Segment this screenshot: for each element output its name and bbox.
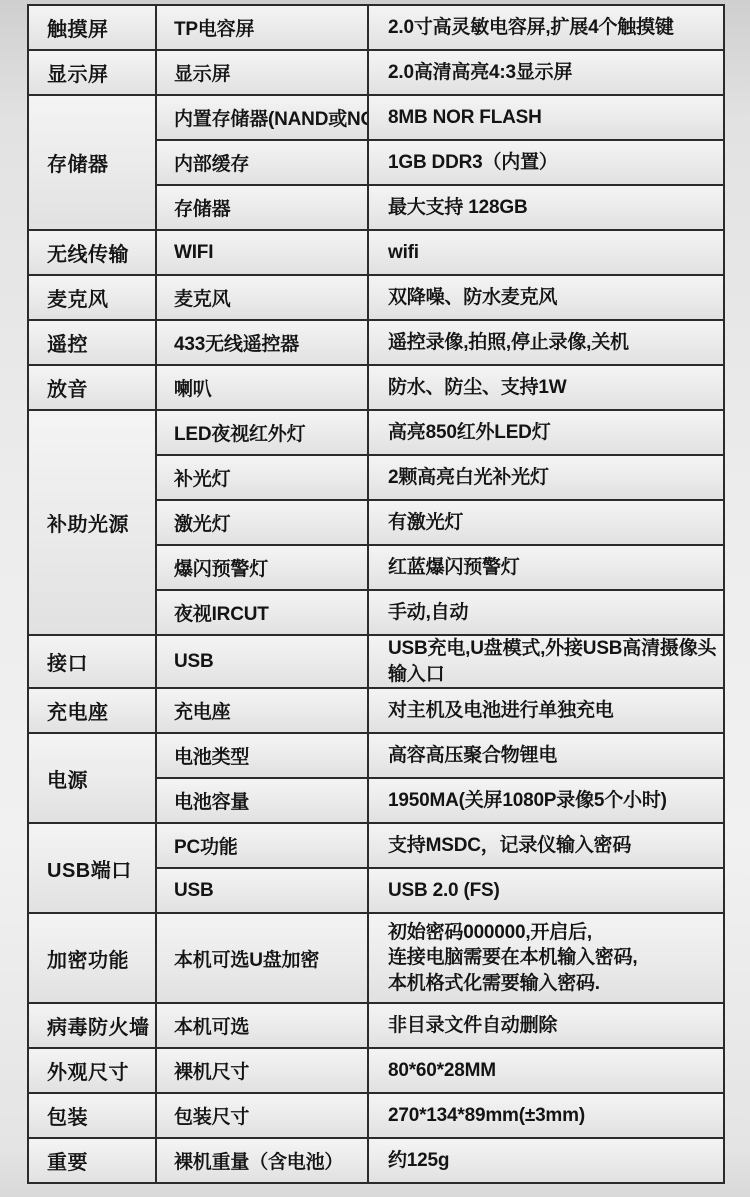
spec-item-cell: 补光灯 xyxy=(156,455,368,500)
spec-value-cell: 手动,自动 xyxy=(368,590,724,635)
table-row: USB端口 PC功能 支持MSDC，记录仪输入密码 xyxy=(28,823,724,868)
category-cell: 显示屏 xyxy=(28,50,156,95)
table-row: 放音 喇叭 防水、防尘、支持1W xyxy=(28,365,724,410)
spec-value-cell: 高亮850红外LED灯 xyxy=(368,410,724,455)
table-row: 无线传输 WIFI wifi xyxy=(28,230,724,275)
spec-value-cell: 高容高压聚合物锂电 xyxy=(368,733,724,778)
spec-value-cell: 初始密码000000,开启后, 连接电脑需要在本机输入密码, 本机格式化需要输入… xyxy=(368,913,724,1003)
spec-value-cell: 2.0高清高亮4:3显示屏 xyxy=(368,50,724,95)
spec-item-cell: 包装尺寸 xyxy=(156,1093,368,1138)
product-spec-table: 触摸屏 TP电容屏 2.0寸高灵敏电容屏,扩展4个触摸键 显示屏 显示屏 2.0… xyxy=(27,4,725,1184)
table-row: 外观尺寸 裸机尺寸 80*60*28MM xyxy=(28,1048,724,1093)
table-row: 显示屏 显示屏 2.0高清高亮4:3显示屏 xyxy=(28,50,724,95)
spec-value-cell: 80*60*28MM xyxy=(368,1048,724,1093)
spec-value-cell: wifi xyxy=(368,230,724,275)
spec-item-cell: TP电容屏 xyxy=(156,5,368,50)
spec-item-cell: 喇叭 xyxy=(156,365,368,410)
spec-item-cell: 夜视IRCUT xyxy=(156,590,368,635)
table-row: 加密功能 本机可选U盘加密 初始密码000000,开启后, 连接电脑需要在本机输… xyxy=(28,913,724,1003)
category-cell: 病毒防火墙 xyxy=(28,1003,156,1048)
spec-value-cell: USB充电,U盘模式,外接USB高清摄像头输入口 xyxy=(368,635,724,688)
category-cell: USB端口 xyxy=(28,823,156,913)
spec-item-cell: 麦克风 xyxy=(156,275,368,320)
spec-value-cell: 1950MA(关屏1080P录像5个小时) xyxy=(368,778,724,823)
table-row: 包装 包装尺寸 270*134*89mm(±3mm) xyxy=(28,1093,724,1138)
spec-item-cell: 433无线遥控器 xyxy=(156,320,368,365)
spec-item-cell: 显示屏 xyxy=(156,50,368,95)
spec-value-cell: 约125g xyxy=(368,1138,724,1183)
spec-value-cell: 1GB DDR3（内置） xyxy=(368,140,724,185)
category-cell: 充电座 xyxy=(28,688,156,733)
spec-item-cell: WIFI xyxy=(156,230,368,275)
spec-item-cell: USB xyxy=(156,868,368,913)
category-cell: 外观尺寸 xyxy=(28,1048,156,1093)
table-row: 遥控 433无线遥控器 遥控录像,拍照,停止录像,关机 xyxy=(28,320,724,365)
spec-value-cell: 红蓝爆闪预警灯 xyxy=(368,545,724,590)
table-row: 接口 USB USB充电,U盘模式,外接USB高清摄像头输入口 xyxy=(28,635,724,688)
spec-value-cell: 2.0寸高灵敏电容屏,扩展4个触摸键 xyxy=(368,5,724,50)
spec-value-cell: USB 2.0 (FS) xyxy=(368,868,724,913)
spec-item-cell: 电池容量 xyxy=(156,778,368,823)
spec-item-cell: 存储器 xyxy=(156,185,368,230)
category-cell: 遥控 xyxy=(28,320,156,365)
category-cell: 包装 xyxy=(28,1093,156,1138)
category-cell: 补助光源 xyxy=(28,410,156,635)
spec-item-cell: 本机可选U盘加密 xyxy=(156,913,368,1003)
table-row: 电源 电池类型 高容高压聚合物锂电 xyxy=(28,733,724,778)
spec-item-cell: 裸机重量（含电池） xyxy=(156,1138,368,1183)
category-cell: 存储器 xyxy=(28,95,156,230)
spec-item-cell: 本机可选 xyxy=(156,1003,368,1048)
spec-value-cell: 有激光灯 xyxy=(368,500,724,545)
spec-item-cell: LED夜视红外灯 xyxy=(156,410,368,455)
spec-value-cell: 遥控录像,拍照,停止录像,关机 xyxy=(368,320,724,365)
spec-value-cell: 双降噪、防水麦克风 xyxy=(368,275,724,320)
spec-value-cell: 支持MSDC，记录仪输入密码 xyxy=(368,823,724,868)
spec-item-cell: 激光灯 xyxy=(156,500,368,545)
category-cell: 电源 xyxy=(28,733,156,823)
table-row: 充电座 充电座 对主机及电池进行单独充电 xyxy=(28,688,724,733)
spec-value-cell: 270*134*89mm(±3mm) xyxy=(368,1093,724,1138)
category-cell: 放音 xyxy=(28,365,156,410)
table-row: 触摸屏 TP电容屏 2.0寸高灵敏电容屏,扩展4个触摸键 xyxy=(28,5,724,50)
table-row: 麦克风 麦克风 双降噪、防水麦克风 xyxy=(28,275,724,320)
spec-item-cell: 电池类型 xyxy=(156,733,368,778)
table-row: 病毒防火墙 本机可选 非目录文件自动删除 xyxy=(28,1003,724,1048)
spec-value-cell: 最大支持 128GB xyxy=(368,185,724,230)
spec-value-cell: 8MB NOR FLASH xyxy=(368,95,724,140)
category-cell: 接口 xyxy=(28,635,156,688)
category-cell: 触摸屏 xyxy=(28,5,156,50)
table-row: 重要 裸机重量（含电池） 约125g xyxy=(28,1138,724,1183)
spec-value-cell: 防水、防尘、支持1W xyxy=(368,365,724,410)
spec-item-cell: 充电座 xyxy=(156,688,368,733)
category-cell: 无线传输 xyxy=(28,230,156,275)
spec-item-cell: 内置存储器(NAND或NOR) xyxy=(156,95,368,140)
category-cell: 麦克风 xyxy=(28,275,156,320)
spec-item-cell: 内部缓存 xyxy=(156,140,368,185)
spec-value-cell: 非目录文件自动删除 xyxy=(368,1003,724,1048)
table-row: 存储器 内置存储器(NAND或NOR) 8MB NOR FLASH xyxy=(28,95,724,140)
spec-item-cell: 爆闪预警灯 xyxy=(156,545,368,590)
category-cell: 重要 xyxy=(28,1138,156,1183)
spec-item-cell: USB xyxy=(156,635,368,688)
table-row: 补助光源 LED夜视红外灯 高亮850红外LED灯 xyxy=(28,410,724,455)
category-cell: 加密功能 xyxy=(28,913,156,1003)
spec-value-cell: 对主机及电池进行单独充电 xyxy=(368,688,724,733)
spec-value-cell: 2颗高亮白光补光灯 xyxy=(368,455,724,500)
spec-item-cell: 裸机尺寸 xyxy=(156,1048,368,1093)
spec-item-cell: PC功能 xyxy=(156,823,368,868)
